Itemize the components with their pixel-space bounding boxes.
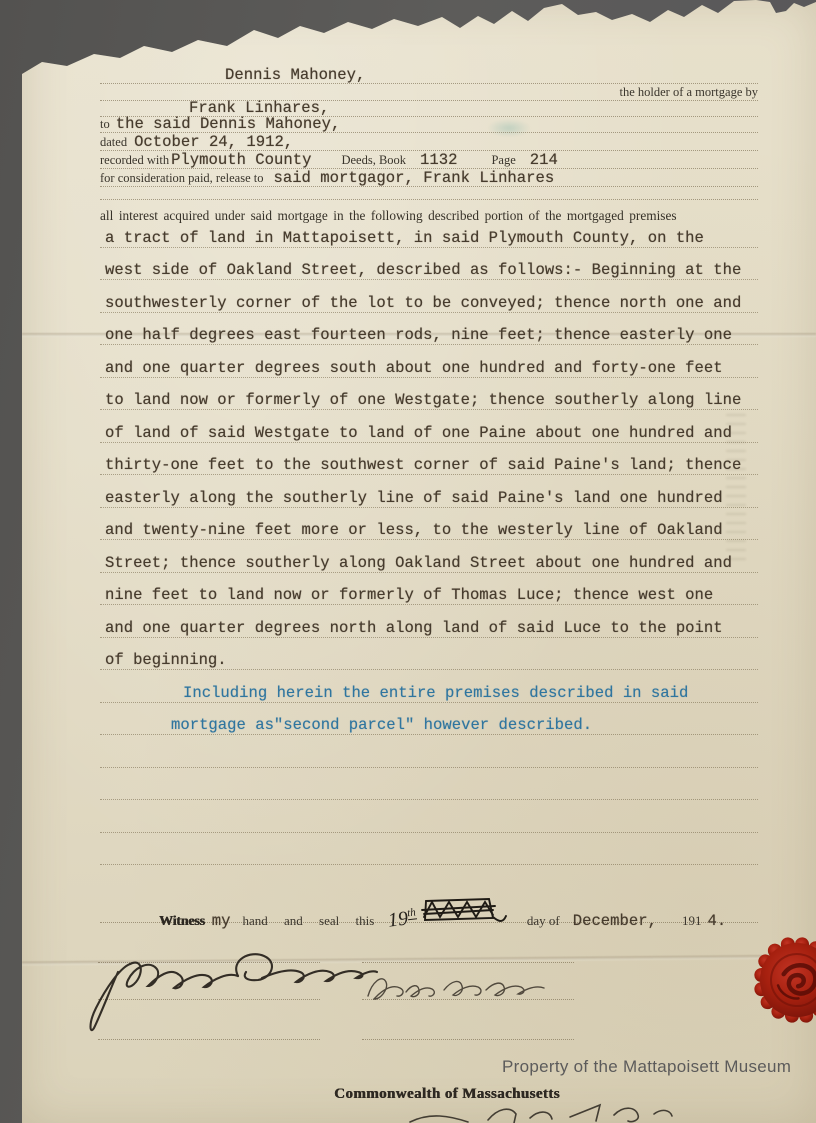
witness-label: Witness <box>159 914 205 930</box>
blank-rule <box>100 833 758 866</box>
deeds-book-value: 1132 <box>420 153 457 168</box>
addendum-line: Including herein the entire premises des… <box>183 686 688 702</box>
witness-signature <box>80 942 380 1034</box>
blank-rule <box>100 187 758 200</box>
holder-clause: the holder of a mortgage by <box>620 86 759 100</box>
description-line: to land now or formerly of one Westgate;… <box>105 393 741 409</box>
property-description: a tract of land in Mattapoisett, in said… <box>100 215 758 865</box>
description-line: thirty-one feet to the southwest corner … <box>105 458 741 474</box>
mortgagor-name: Frank Linhares, <box>189 101 329 116</box>
description-line: Street; thence southerly along Oakland S… <box>105 556 732 572</box>
to-label: to <box>100 118 110 132</box>
museum-watermark: Property of the Mattapoisett Museum <box>502 1057 791 1077</box>
signature-rule <box>98 1039 320 1040</box>
blank-rule <box>100 768 758 801</box>
description-line: and one quarter degrees south about one … <box>105 361 723 377</box>
description-line: of land of said Westgate to land of one … <box>105 426 732 442</box>
blank-rule <box>100 735 758 768</box>
witness-my: my <box>212 914 231 929</box>
description-line: of beginning. <box>105 653 227 669</box>
month-value: December, <box>573 914 657 929</box>
photograph-of-document: { "document": { "header": { "holder_name… <box>0 0 816 1123</box>
scratched-out-word <box>419 895 507 925</box>
holder-name: Dennis Mahoney, <box>225 68 365 83</box>
addendum-line: mortgage as"second parcel" however descr… <box>171 718 592 734</box>
description-line: a tract of land in Mattapoisett, in said… <box>105 231 704 247</box>
handwritten-day: 19th <box>387 906 418 932</box>
release-value: said mortgagor, Frank Linhares <box>273 171 554 186</box>
dated-value: October 24, 1912, <box>134 135 293 150</box>
blank-rule <box>100 800 758 833</box>
description-line: west side of Oakland Street, described a… <box>105 263 741 279</box>
hand-seal-text: hand and seal this <box>243 913 375 929</box>
form-header: Dennis Mahoney, the holder of a mortgage… <box>100 65 758 225</box>
year-printed: 191 <box>682 913 702 929</box>
description-line: and twenty-nine feet more or less, to th… <box>105 523 723 539</box>
deeds-book-label: Deeds, Book <box>341 154 406 168</box>
partial-handwriting <box>402 1100 702 1123</box>
page-label: Page <box>491 154 515 168</box>
year-digit: 4. <box>707 914 726 929</box>
red-wax-seal <box>747 930 816 1029</box>
description-line: one half degrees east fourteen rods, nin… <box>105 328 732 344</box>
dennis-mahoney-signature <box>360 962 550 1010</box>
page-value: 214 <box>530 153 558 168</box>
signature-rule <box>362 1039 574 1040</box>
release-label: for consideration paid, release to <box>100 172 263 186</box>
dated-label: dated <box>100 136 127 150</box>
recorded-label: recorded with <box>100 154 169 168</box>
description-line: and one quarter degrees north along land… <box>105 621 723 637</box>
description-line: southwesterly corner of the lot to be co… <box>105 296 741 312</box>
recorded-value: Plymouth County <box>171 153 311 168</box>
description-line: easterly along the southerly line of sai… <box>105 491 723 507</box>
to-value: the said Dennis Mahoney, <box>116 117 341 132</box>
document-page: Dennis Mahoney, the holder of a mortgage… <box>22 0 816 1123</box>
day-of-label: day of <box>527 913 560 929</box>
witness-date-line: Witness my hand and seal this 19th day o… <box>100 895 758 923</box>
description-line: nine feet to land now or formerly of Tho… <box>105 588 713 604</box>
